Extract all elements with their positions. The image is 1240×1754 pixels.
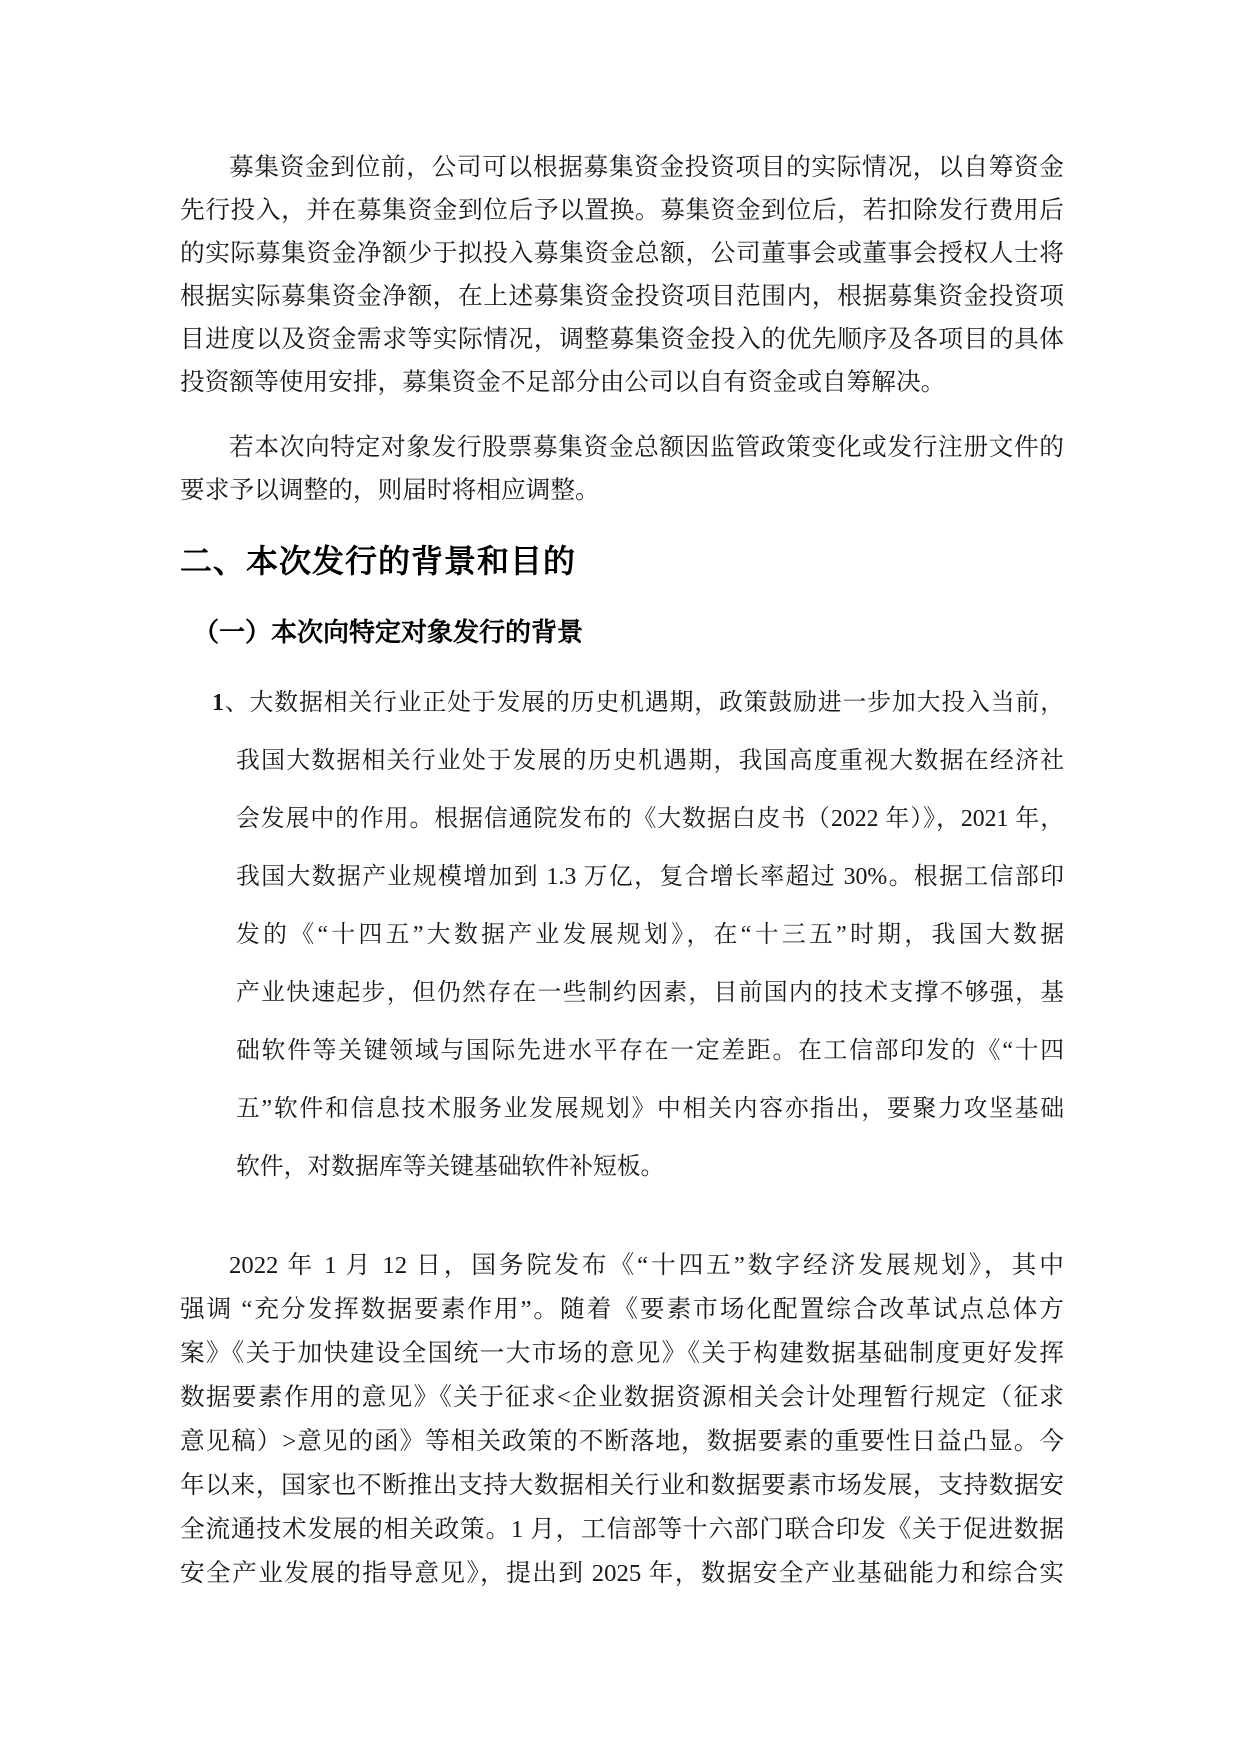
text-line: 案》《关于加快建设全国统一大市场的意见》《关于构建数据基础制度更好发挥 xyxy=(180,1332,1064,1376)
page-content: 募集资金到位前，公司可以根据募集资金投资项目的实际情况，以自筹资金先行投入，并在… xyxy=(180,0,1064,1596)
text-line: 目进度以及资金需求等实际情况，调整募集资金投入的优先顺序及各项目的具体 xyxy=(180,318,1064,361)
text-line: 强调 “充分发挥数据要素作用”。随着《要素市场化配置综合改革试点总体方 xyxy=(180,1288,1064,1332)
text-line: 五”软件和信息技术服务业发展规划》中相关内容亦指出，要聚力攻坚基础 xyxy=(236,1080,1064,1138)
paragraph-adjustment: 若本次向特定对象发行股票募集资金总额因监管政策变化或发行注册文件的要求予以调整的… xyxy=(180,426,1064,512)
text-line: 根据实际募集资金净额，在上述募集资金投资项目范围内，根据募集资金投资项 xyxy=(180,275,1064,318)
text-line: 1、大数据相关行业正处于发展的历史机遇期，政策鼓励进一步加大投入当前， xyxy=(236,674,1064,732)
text-line: 我国大数据产业规模增加到 1.3 万亿，复合增长率超过 30%。根据工信部印 xyxy=(236,848,1064,906)
text-line: 2022 年 1 月 12 日，国务院发布《“十四五”数字经济发展规划》，其中 xyxy=(180,1244,1064,1288)
numbered-paragraph-bigdata: 1、大数据相关行业正处于发展的历史机遇期，政策鼓励进一步加大投入当前， 我国大数… xyxy=(236,674,1064,1196)
paragraph-policy: 2022 年 1 月 12 日，国务院发布《“十四五”数字经济发展规划》，其中强… xyxy=(180,1244,1064,1596)
section-heading: 二、本次发行的背景和目的 xyxy=(180,536,1064,586)
text-line: 要求予以调整的，则届时将相应调整。 xyxy=(180,469,1064,512)
text-line: 募集资金到位前，公司可以根据募集资金投资项目的实际情况，以自筹资金 xyxy=(180,146,1064,189)
list-first-line-text: 、大数据相关行业正处于发展的历史机遇期，政策鼓励进一步加大投入当前， xyxy=(224,690,1064,716)
text-line: 产业快速起步，但仍然存在一些制约因素，目前国内的技术支撑不够强，基 xyxy=(236,964,1064,1022)
text-line: 我国大数据相关行业处于发展的历史机遇期，我国高度重视大数据在经济社 xyxy=(236,732,1064,790)
subsection-heading: （一）本次向特定对象发行的背景 xyxy=(193,612,1064,652)
text-line: 若本次向特定对象发行股票募集资金总额因监管政策变化或发行注册文件的 xyxy=(180,426,1064,469)
text-line: 数据要素作用的意见》《关于征求<企业数据资源相关会计处理暂行规定（征求 xyxy=(180,1376,1064,1420)
text-line: 投资额等使用安排，募集资金不足部分由公司以自有资金或自筹解决。 xyxy=(180,361,1064,404)
text-line: 意见稿）>意见的函》等相关政策的不断落地，数据要素的重要性日益凸显。今 xyxy=(180,1420,1064,1464)
text-line: 全流通技术发展的相关政策。1 月，工信部等十六部门联合印发《关于促进数据 xyxy=(180,1508,1064,1552)
text-line: 年以来，国家也不断推出支持大数据相关行业和数据要素市场发展，支持数据安 xyxy=(180,1464,1064,1508)
paragraph-funds-replacement: 募集资金到位前，公司可以根据募集资金投资项目的实际情况，以自筹资金先行投入，并在… xyxy=(180,146,1064,404)
list-number: 1 xyxy=(212,690,224,716)
text-line: 安全产业发展的指导意见》，提出到 2025 年，数据安全产业基础能力和综合实 xyxy=(180,1552,1064,1596)
numbered-paragraph-body: 我国大数据相关行业处于发展的历史机遇期，我国高度重视大数据在经济社会发展中的作用… xyxy=(236,732,1064,1196)
text-line: 发的《“十四五”大数据产业发展规划》，在“十三五”时期，我国大数据 xyxy=(236,906,1064,964)
text-line: 先行投入，并在募集资金到位后予以置换。募集资金到位后，若扣除发行费用后 xyxy=(180,189,1064,232)
text-line: 的实际募集资金净额少于拟投入募集资金总额，公司董事会或董事会授权人士将 xyxy=(180,232,1064,275)
text-line: 会发展中的作用。根据信通院发布的《大数据白皮书（2022 年）》，2021 年， xyxy=(236,790,1064,848)
text-line: 软件，对数据库等关键基础软件补短板。 xyxy=(236,1138,1064,1196)
document-page: 募集资金到位前，公司可以根据募集资金投资项目的实际情况，以自筹资金先行投入，并在… xyxy=(0,0,1240,1754)
text-line: 础软件等关键领域与国际先进水平存在一定差距。在工信部印发的《“十四 xyxy=(236,1022,1064,1080)
